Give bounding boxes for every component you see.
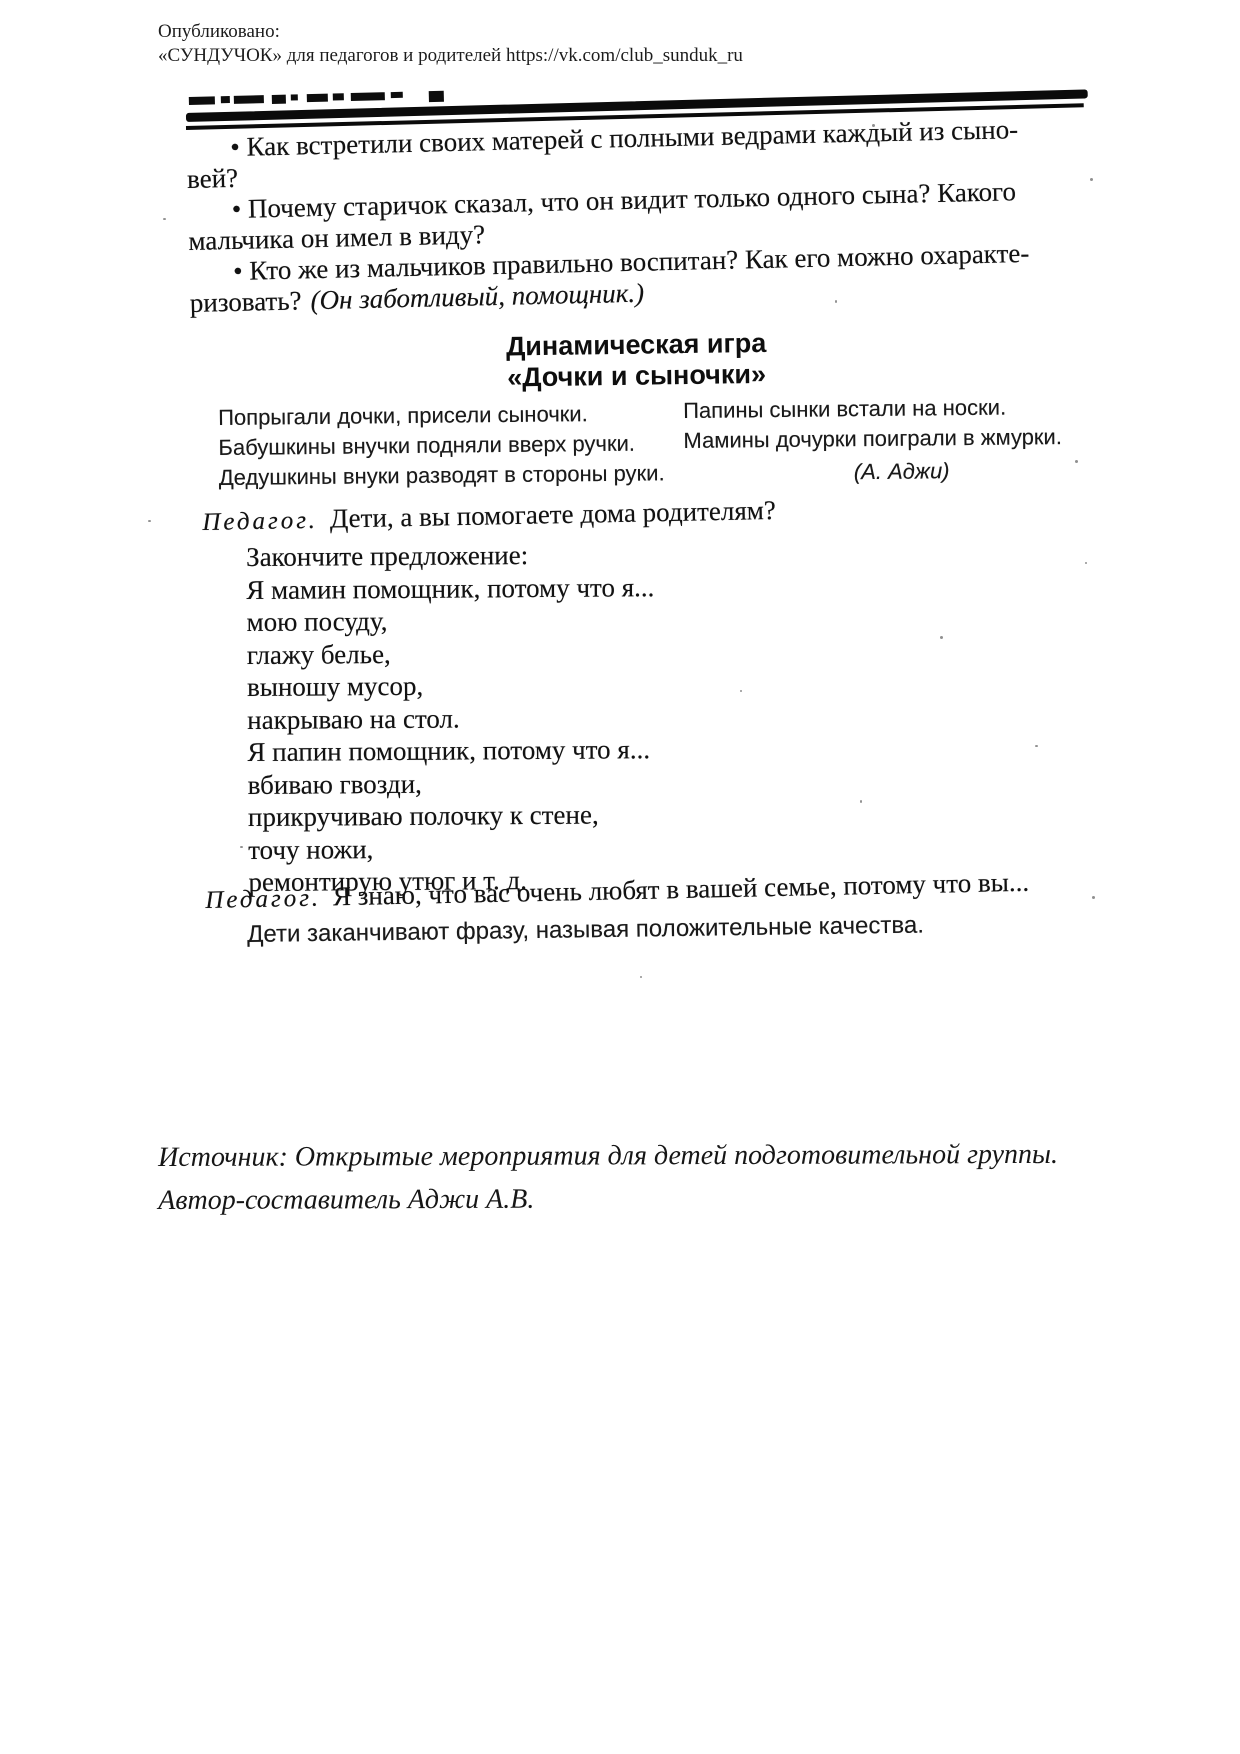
scanned-document-page: Опубликовано: «СУНДУЧОК» для педагогов и…: [0, 0, 1240, 1754]
exercise-line: Закончите предложение:: [246, 538, 654, 573]
cutoff-text-artifact: [189, 91, 444, 115]
exercise-line: мою посуду,: [246, 603, 654, 638]
exercise-line: выношу мусор,: [247, 668, 655, 703]
published-label: Опубликовано:: [158, 20, 743, 44]
scan-speck: [240, 846, 243, 848]
speaker-label: Педагог.: [202, 507, 318, 536]
verse-column-right: Папины сынки встали на носки. Мамины доч…: [683, 392, 1062, 489]
source-citation: Источник: Открытые мероприятия для детей…: [158, 1133, 1058, 1222]
model-answer: (Он заботливый, помощник.): [310, 278, 644, 316]
verse-column-left: Попрыгали дочки, присели сыночки. Бабушк…: [218, 398, 665, 493]
scan-speck: [163, 218, 166, 220]
exercise-line: Я мамин помощник, потому что я...: [246, 571, 654, 606]
exercise-line: прикручиваю полочку к стене,: [248, 798, 656, 833]
scan-speck: [940, 636, 943, 639]
exercise-line: накрываю на стол.: [247, 701, 655, 736]
question-line-end: ризовать?: [190, 285, 302, 318]
source-line2: Автор-составитель Аджи А.В.: [158, 1176, 1058, 1222]
teacher-dialogue-1: Педагог.Дети, а вы помогаете дома родите…: [202, 495, 776, 537]
speaker-label: Педагог.: [205, 885, 321, 914]
scan-speck: [1075, 460, 1078, 463]
verse-line: Попрыгали дочки, присели сыночки.: [218, 398, 664, 433]
publication-header: Опубликовано: «СУНДУЧОК» для педагогов и…: [158, 20, 743, 68]
exercise-list: Закончите предложение: Я мамин помощник,…: [246, 538, 657, 898]
discussion-questions: • Как встретили своих матерей с полными …: [186, 114, 1030, 319]
scan-speck: [740, 690, 742, 692]
exercise-line: точу ножи,: [248, 831, 656, 866]
game-heading: Динамическая игра «Дочки и сыночки»: [186, 323, 1087, 398]
scan-speck: [148, 520, 151, 522]
verse-line: Мамины дочурки поиграли в жмурки.: [683, 422, 1062, 456]
verse-line: Бабушкины внучки подняли вверх ручки.: [218, 428, 664, 463]
dialogue-text: Дети, а вы помогаете дома родителям?: [330, 495, 776, 534]
scan-speck: [1085, 562, 1087, 564]
source-club-line: «СУНДУЧОК» для педагогов и родителей htt…: [158, 44, 743, 68]
scan-speck: [860, 800, 862, 803]
verse-line: Папины сынки встали на носки.: [683, 392, 1062, 426]
scan-speck: [1092, 896, 1095, 899]
author-attribution: (А. Аджи): [854, 455, 1063, 487]
scan-speck: [1035, 745, 1038, 747]
scan-speck: [1090, 178, 1093, 181]
verse-line: Дедушкины внуки разводят в стороны руки.: [219, 458, 665, 493]
exercise-line: глажу белье,: [247, 636, 655, 671]
exercise-line: Я папин помощник, потому что я...: [247, 733, 655, 768]
source-line1: Источник: Открытые мероприятия для детей…: [158, 1133, 1058, 1179]
scan-speck: [640, 976, 642, 978]
exercise-line: вбиваю гвозди,: [248, 766, 656, 801]
stage-direction: Дети заканчивают фразу, называя положите…: [247, 912, 924, 949]
